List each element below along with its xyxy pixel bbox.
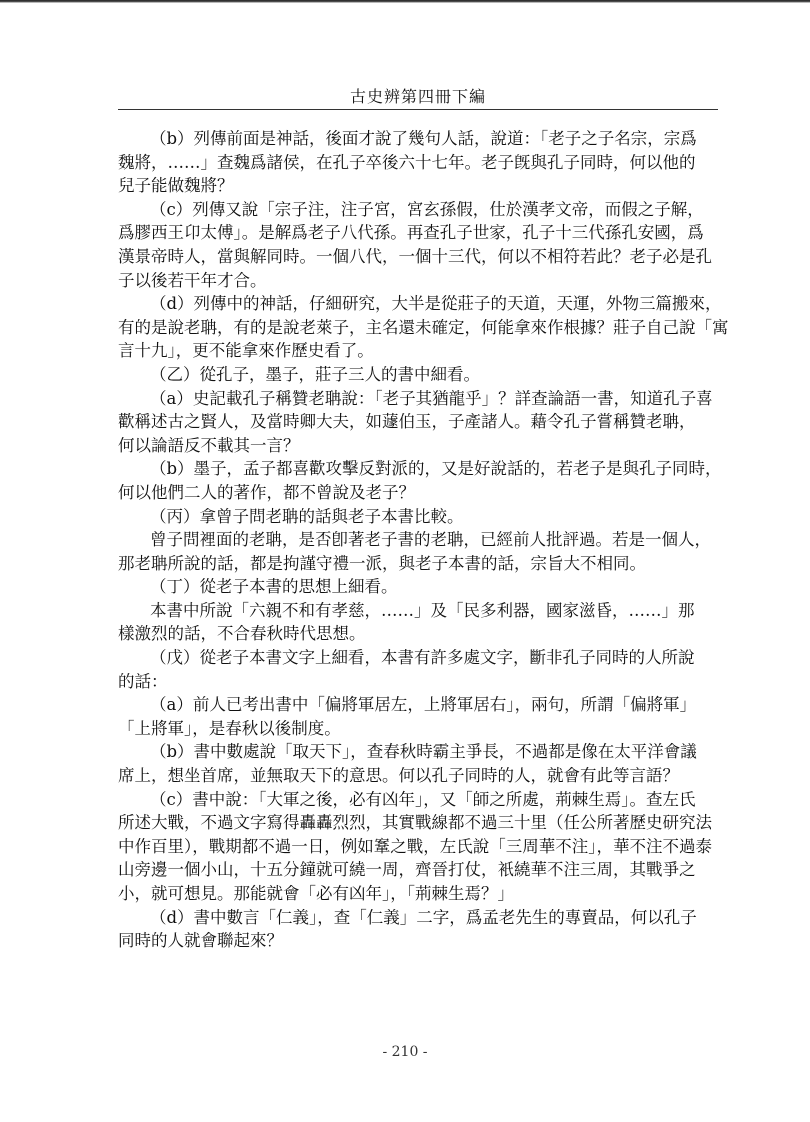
text-line: 那老聃所說的話，都是拘謹守禮一派，與老子本書的話，宗旨大不相同。 <box>118 552 722 576</box>
text-line: 樣激烈的話，不合春秋時代思想。 <box>118 622 722 646</box>
text-line: 中作百里），戰期都不過一日，例如鞌之戰，左氏說「三周華不注」，華不注不過泰 <box>118 835 722 859</box>
header-rule <box>118 109 718 110</box>
text-line: （a）前人已考出書中「偏將軍居左，上將軍居右」，兩句，所謂「偏將軍」 <box>118 693 722 717</box>
text-line: （c）書中說：「大軍之後，必有凶年」，又「師之所處，荊棘生焉」。查左氏 <box>118 788 722 812</box>
text-line: 有的是說老聃，有的是說老萊子，主名還未確定，何能拿來作根據？莊子自己說「寓 <box>118 316 722 340</box>
text-line: （b）墨子，孟子都喜歡攻擊反對派的，又是好說話的，若老子是與孔子同時， <box>118 457 722 481</box>
text-line: （d）列傳中的神話，仔細研究，大半是從莊子的天道，天運，外物三篇搬來， <box>118 292 722 316</box>
text-line: （a）史記載孔子稱贊老聃說：「老子其猶龍乎」？詳查論語一書，知道孔子喜 <box>118 387 722 411</box>
text-line: （b）書中數處說「取天下」，查春秋時霸主爭長，不過都是像在太平洋會議 <box>118 740 722 764</box>
text-line: （d）書中數言「仁義」，查「仁義」二字，爲孟老先生的專賣品，何以孔子 <box>118 906 722 930</box>
text-line: 歡稱述古之賢人，及當時卿大夫，如蘧伯玉，子產諸人。藉令孔子嘗稱贊老聃， <box>118 410 722 434</box>
text-line: 何以論語反不載其一言？ <box>118 434 722 458</box>
running-header: 古史辨第四冊下編 <box>118 84 718 107</box>
page-number: - 210 - <box>0 1044 810 1060</box>
text-line: 子以後若干年才合。 <box>118 269 722 293</box>
text-line: （丙）拿曾子問老聃的話與老子本書比較。 <box>118 505 722 529</box>
text-line: （乙）從孔子，墨子，莊子三人的書中細看。 <box>118 363 722 387</box>
text-line: （c）列傳又說「宗子注，注子宮，宮玄孫假，仕於漢孝文帝，而假之子解， <box>118 198 722 222</box>
text-line: 何以他們二人的著作，都不曾說及老子？ <box>118 481 722 505</box>
text-line: 漢景帝時人，當與解同時。一個八代，一個十三代，何以不相符若此？老子必是孔 <box>118 245 722 269</box>
text-line: 「上將軍」，是春秋以後制度。 <box>118 717 722 741</box>
text-line: 小，就可想見。那能就會「必有凶年」，「荊棘生焉？」 <box>118 882 722 906</box>
text-line: 魏將，……」查魏爲諸侯，在孔子卒後六十七年。老子旣與孔子同時，何以他的 <box>118 151 722 175</box>
text-line: 所述大戰，不過文字寫得轟轟烈烈，其實戰線都不過三十里（任公所著歷史研究法 <box>118 811 722 835</box>
text-line: 本書中所說「六親不和有孝慈，……」及「民多利器，國家滋昏，……」那 <box>118 599 722 623</box>
body-text: （b）列傳前面是神話，後面才說了幾句人話，說道：「老子之子名宗，宗爲魏將，……」… <box>118 127 722 953</box>
text-line: 爲膠西王卬太傅」。是解爲老子八代孫。再查孔子世家，孔子十三代孫孔安國，爲 <box>118 221 722 245</box>
text-line: （b）列傳前面是神話，後面才說了幾句人話，說道：「老子之子名宗，宗爲 <box>118 127 722 151</box>
text-line: 言十九」，更不能拿來作歷史看了。 <box>118 339 722 363</box>
scan-edge <box>0 0 810 3</box>
text-line: 席上，想坐首席，並無取天下的意思。何以孔子同時的人，就會有此等言語？ <box>118 764 722 788</box>
text-line: 曾子問裡面的老聃，是否卽著老子書的老聃，已經前人批評過。若是一個人， <box>118 528 722 552</box>
text-line: 同時的人就會聯起來？ <box>118 929 722 953</box>
text-line: （丁）從老子本書的思想上細看。 <box>118 575 722 599</box>
text-line: （戊）從老子本書文字上細看，本書有許多處文字，斷非孔子同時的人所說 <box>118 646 722 670</box>
text-line: 山旁邊一個小山，十五分鐘就可繞一周，齊晉打仗，衹繞華不注三周，其戰爭之 <box>118 858 722 882</box>
text-line: 的話： <box>118 670 722 694</box>
text-line: 兒子能做魏將？ <box>118 174 722 198</box>
